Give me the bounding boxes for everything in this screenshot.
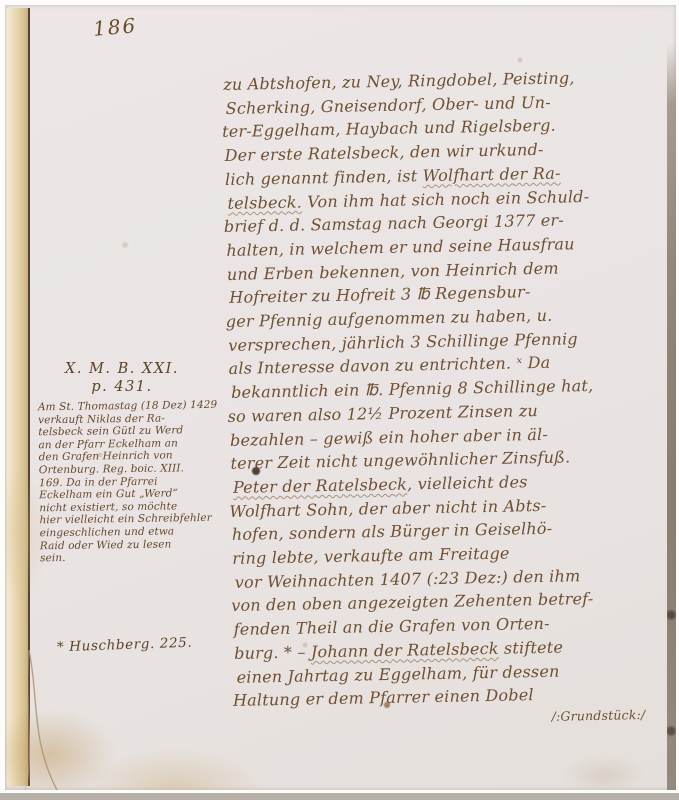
source-ref-line: p. 431. (47, 379, 197, 397)
scan-bottom-band (0, 793, 679, 800)
margin-note-line: sein. (40, 550, 226, 565)
margin-note: Am St. Thomastag (18 Dez) 1429verkauft N… (38, 399, 226, 565)
page-edge-left (7, 8, 30, 786)
page-number: 186 (92, 13, 138, 41)
body-text: zu Abtshofen, zu Ney, Ringdobel, Peistin… (223, 65, 672, 733)
margin-note-line: hier vielleicht ein Schreibfehler (39, 512, 225, 527)
source-ref-line: X. M. B. XXI. (47, 361, 197, 379)
footnote-citation: * Huschberg. 225. (57, 635, 193, 656)
margin-source-reference: X. M. B. XXI. p. 431. (47, 361, 197, 396)
manuscript-page: 186 X. M. B. XXI. p. 431. Am St. Thomast… (5, 5, 676, 790)
margin-note-line: Am St. Thomastag (18 Dez) 1429 (38, 399, 224, 414)
body-lines: zu Abtshofen, zu Ney, Ringdobel, Peistin… (223, 65, 671, 713)
manuscript-scan: 186 X. M. B. XXI. p. 431. Am St. Thomast… (0, 0, 679, 800)
